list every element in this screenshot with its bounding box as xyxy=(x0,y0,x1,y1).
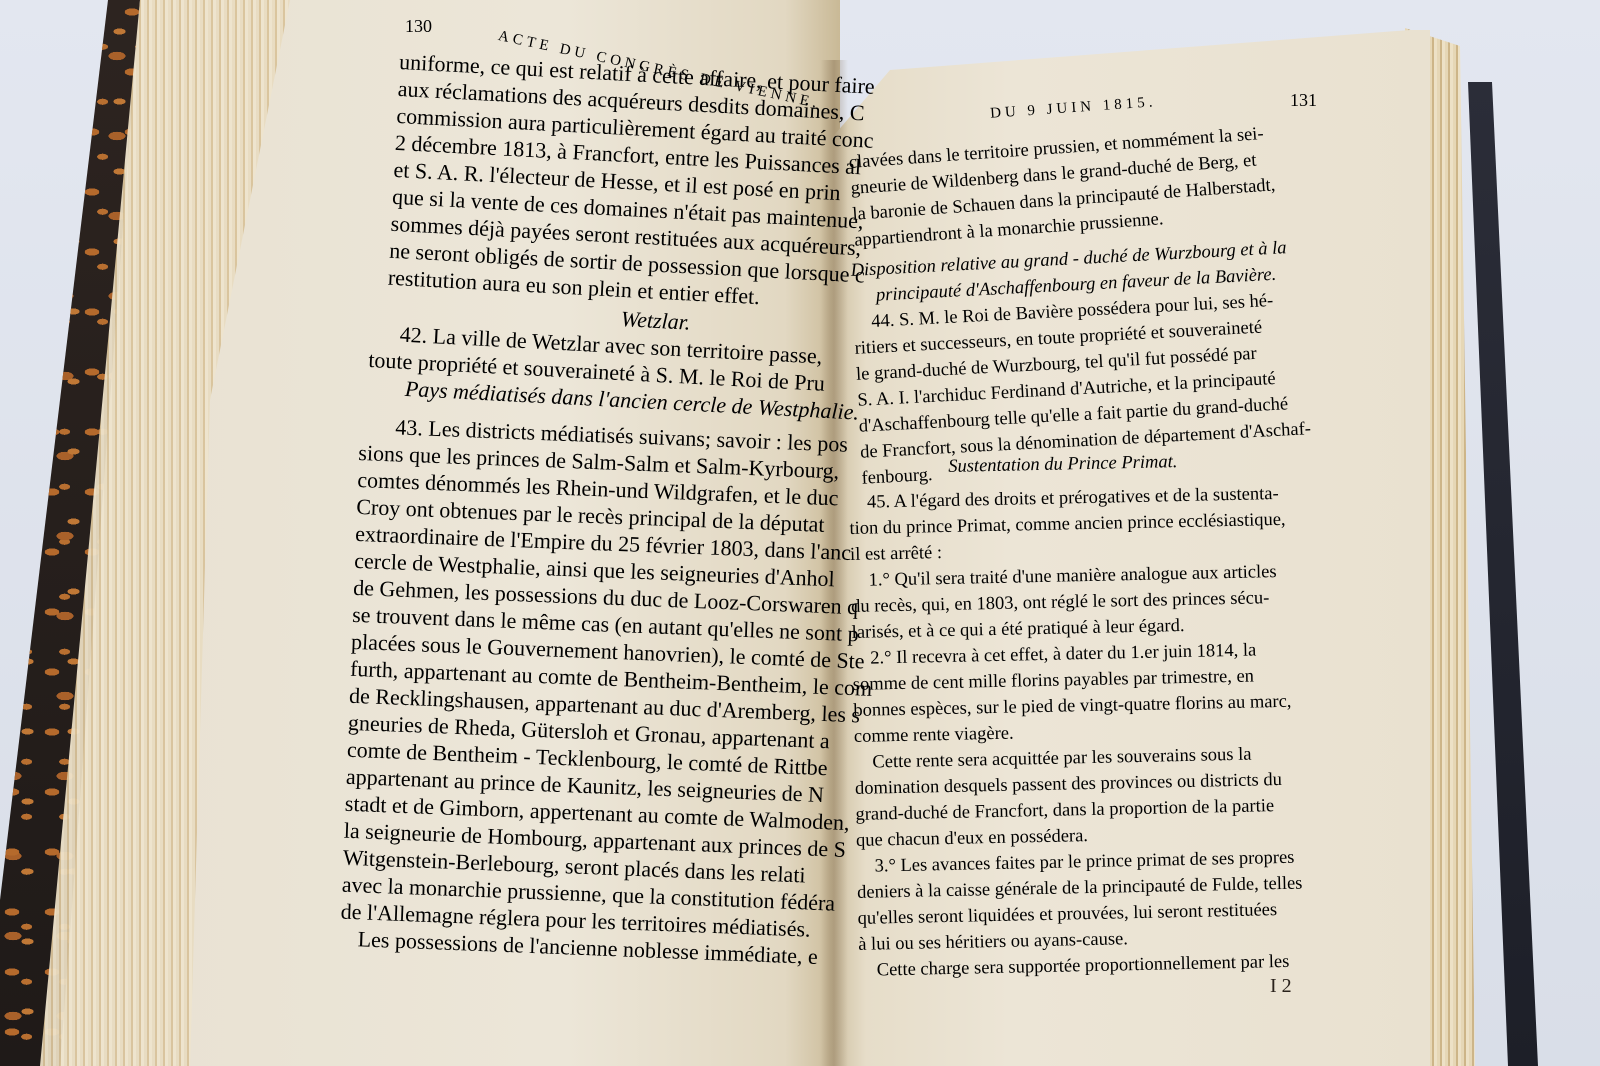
marbled-cover-right xyxy=(1468,82,1538,1066)
left-page-intro: uniforme, ce qui est relatif à cette aff… xyxy=(387,48,877,316)
right-page-number: 131 xyxy=(1290,90,1317,111)
signature-mark: I 2 xyxy=(1270,975,1292,998)
left-page-number: 130 xyxy=(405,16,432,37)
article-43: 43. Les districts médiatisés suivans; sa… xyxy=(339,412,882,972)
article-45: Sustentation du Prince Primat. 45. A l'é… xyxy=(848,447,1304,984)
book-photo: 130 ACTE DU CONGRÈS DE VIENNE, uniforme,… xyxy=(0,0,1600,1066)
